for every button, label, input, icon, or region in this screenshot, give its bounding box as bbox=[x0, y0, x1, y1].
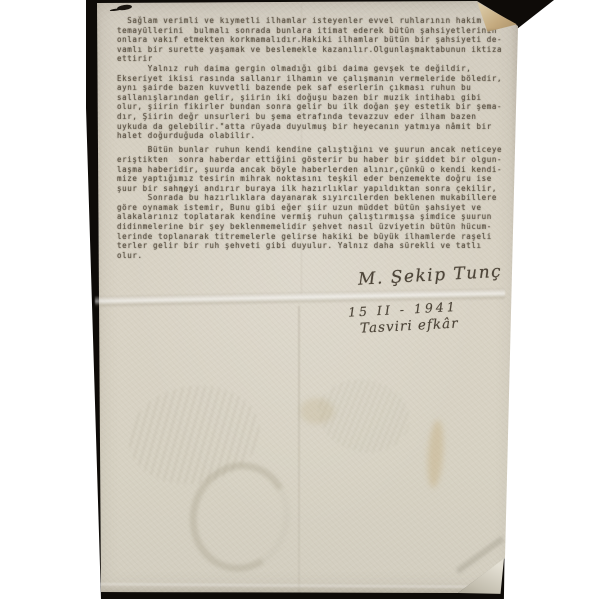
letter-line: göre oynamak istemir, Bunu gibi eğer şii… bbox=[117, 203, 517, 213]
letter-line: Bütün bunlar ruhun kendi kendine çalıştı… bbox=[117, 145, 517, 155]
letter-line: temayüllerini bulmalı sonrada bunlara it… bbox=[117, 26, 517, 36]
letter-line: sallanışlarından gelir, şiirin iki doğuş… bbox=[117, 93, 517, 103]
vertical-fold-crease-lower bbox=[298, 306, 300, 592]
letter-line: lerinde toplanarak titremelerle gelirse … bbox=[117, 232, 517, 242]
letter-line: ettirir bbox=[117, 54, 517, 64]
letter-line: alakalarınız toplatarak kendine vermiş r… bbox=[117, 212, 517, 222]
letter-line: Sonrada bu hazırlıklara dayanarak sıyırc… bbox=[117, 193, 517, 203]
letter-line: terler gelir bir ruh şehveti gibi duyulu… bbox=[117, 241, 517, 251]
letter-line: Ekseriyet ikisi rasında sallanır ilhamın… bbox=[117, 74, 517, 84]
typewritten-text: Sağlam verimli ve kıymetli ilhamlar iste… bbox=[117, 16, 517, 260]
letter-line: Yalnız ruh daima gergin olmadığı gibi da… bbox=[117, 64, 517, 74]
letter-line: şuur bir sahneyi andırır buraya ilk hazı… bbox=[117, 184, 517, 194]
letter-line: vamlı bir surette yaşamak ve beslemekle … bbox=[117, 45, 517, 55]
interline-insertion: la bbox=[180, 187, 187, 194]
letter-line: eriştikten sonra haberdar ettiğini göste… bbox=[117, 155, 517, 165]
letter-line: didinmelerine bir şey beklenmemelidir şe… bbox=[117, 222, 517, 232]
letter-line: mize yaptığımız tesirin mihrak noktasını… bbox=[117, 174, 517, 184]
letter-line: onlara vakıf etmekten korkmamalıdır.Haki… bbox=[117, 35, 517, 45]
letter-line: halet doğurduğuda olabilir. bbox=[117, 131, 517, 141]
letter-line: Sağlam verimli ve kıymetli ilhamlar iste… bbox=[117, 16, 517, 26]
yellow-stain-small bbox=[300, 398, 334, 424]
letter-line: olur, şiirin fikirler bundan sonra gelir… bbox=[117, 102, 517, 112]
letter-line: olur. bbox=[117, 251, 517, 261]
letter-line: uykuda da gelebilir."atta rüyada duyulmu… bbox=[117, 122, 517, 132]
letter-line: aynı şairde bazen kuvvetli bazende pek s… bbox=[117, 83, 517, 93]
letter-line: laşma haberidir, şuurda ancak böyle habe… bbox=[117, 165, 517, 175]
letter-line: dır, Şiirin değr unsurleri bu şema etraf… bbox=[117, 112, 517, 122]
